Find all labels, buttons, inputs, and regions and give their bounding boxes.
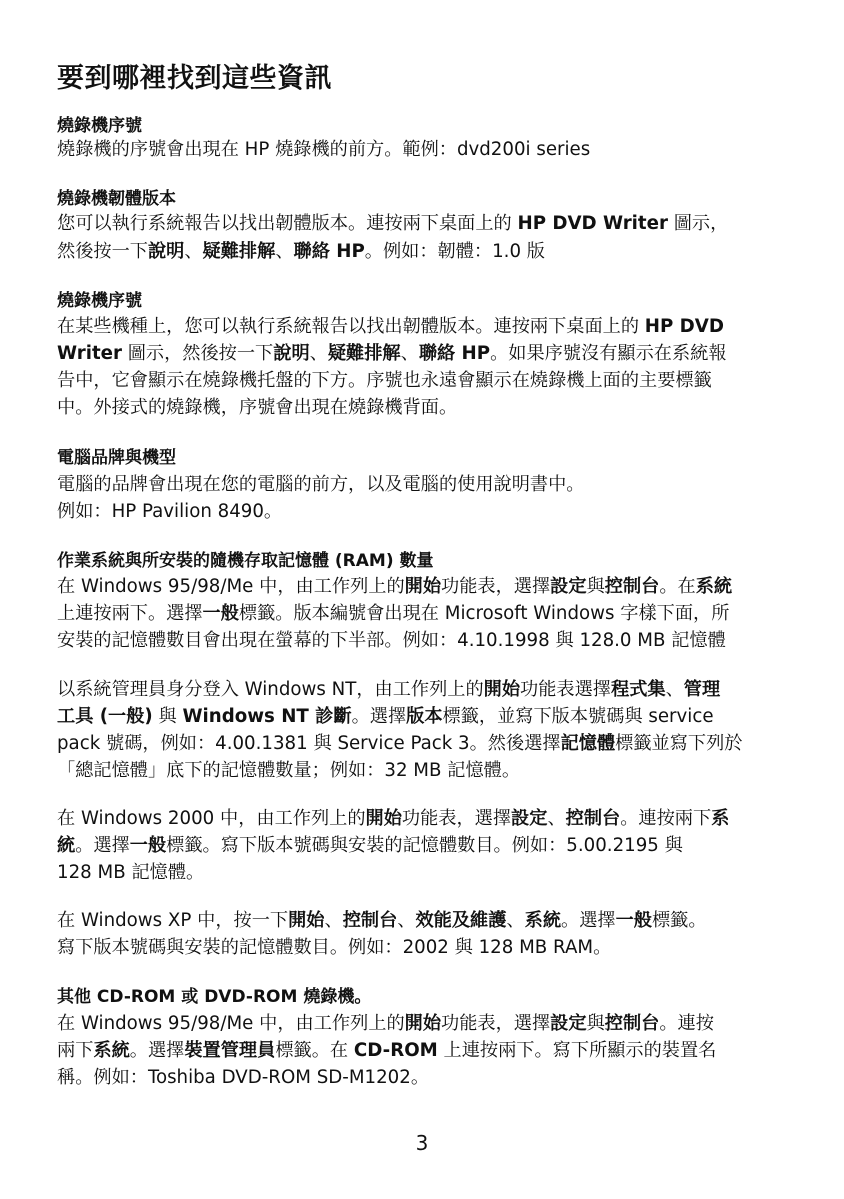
bold-text-run: 疑難排解 <box>203 241 276 262</box>
text-run: 。選擇 <box>130 1040 185 1061</box>
bold-text-run: 控制台 <box>343 910 398 931</box>
text-run: 燒錄機序號 <box>57 291 142 311</box>
body-text-line: 在 Windows 2000 中，由工作列上的開始功能表，選擇設定、控制台。連按… <box>57 806 729 832</box>
text-run: 、 <box>547 808 565 829</box>
text-run: 例如：HP Pavilion 8490。 <box>57 501 282 522</box>
bold-text-run: 記憶體 <box>561 733 616 754</box>
bold-text-run: 效能及維護 <box>415 910 506 931</box>
bold-text-run: 系統 <box>696 576 732 597</box>
body-text-line: 在 Windows XP 中，按一下開始、控制台、效能及維護、系統。選擇一般標籤… <box>57 908 707 934</box>
text-run: 功能表，選擇 <box>441 1013 550 1034</box>
text-run: 在 Windows XP 中，按一下 <box>57 910 288 931</box>
bold-text-run: 系統 <box>525 910 561 931</box>
text-run: 以系統管理員身分登入 Windows NT，由工作列上的 <box>57 679 484 700</box>
bold-text-run: 版本 <box>406 706 442 727</box>
bold-text-run: 開始 <box>288 910 324 931</box>
section-heading: 電腦品牌與機型 <box>57 445 176 471</box>
text-run: 您可以執行系統報告以找出韌體版本。連按兩下桌面上的 <box>57 213 517 234</box>
bold-text-run: 開始 <box>405 1013 441 1034</box>
body-text-line: 燒錄機的序號會出現在 HP 燒錄機的前方。範例：dvd200i series <box>57 137 590 163</box>
text-run: pack 號碼，例如：4.00.1381 與 Service Pack 3。然後… <box>57 733 561 754</box>
text-run: 告中，它會顯示在燒錄機托盤的下方。序號也永遠會顯示在燒錄機上面的主要標籤 <box>57 370 712 391</box>
body-text-line: 然後按一下說明、疑難排解、聯絡 HP。例如：韌體：1.0 版 <box>57 239 545 265</box>
bold-text-run: 開始 <box>366 808 402 829</box>
text-run: 。在 <box>659 576 695 597</box>
bold-text-run: 系 <box>711 808 729 829</box>
text-run: 。連按兩下 <box>620 808 711 829</box>
bold-text-run: 開始 <box>405 576 441 597</box>
text-run: 。選擇 <box>352 706 407 727</box>
text-run: 。例如：韌體：1.0 版 <box>365 241 545 262</box>
bold-text-run: 疑難排解 <box>328 343 401 364</box>
bold-text-run: 一般 <box>616 910 652 931</box>
text-run: 、 <box>506 910 524 931</box>
text-run: 標籤。在 <box>275 1040 354 1061</box>
page-title: 要到哪裡找到這些資訊 <box>57 56 332 95</box>
text-run: 兩下 <box>57 1040 93 1061</box>
body-text-line: 告中，它會顯示在燒錄機托盤的下方。序號也永遠會顯示在燒錄機上面的主要標籤 <box>57 368 712 394</box>
text-run: 然後按一下 <box>57 241 148 262</box>
text-run: 作業系統與所安裝的隨機存取記憶體 (RAM) 數量 <box>57 551 434 571</box>
text-run: 。選擇 <box>561 910 616 931</box>
text-run: 、 <box>184 241 202 262</box>
text-run: 在 Windows 95/98/Me 中，由工作列上的 <box>57 576 405 597</box>
body-text-line: 工具 (一般) 與 Windows NT 診斷。選擇版本標籤，並寫下版本號碼與 … <box>57 704 714 730</box>
bold-text-run: 說明 <box>273 343 309 364</box>
body-text-line: 例如：HP Pavilion 8490。 <box>57 499 282 525</box>
body-text-line: 上連按兩下。選擇一般標籤。版本編號會出現在 Microsoft Windows … <box>57 601 729 627</box>
text-run: 標籤。寫下版本號碼與安裝的記憶體數目。例如：5.00.2195 與 <box>166 835 683 856</box>
text-run: 上連按兩下。寫下所顯示的裝置名 <box>438 1040 717 1061</box>
text-run: 。如果序號沒有顯示在系統報 <box>490 343 726 364</box>
section-heading: 作業系統與所安裝的隨機存取記憶體 (RAM) 數量 <box>57 548 434 574</box>
page-number: 3 <box>0 1131 844 1155</box>
text-run: 在 Windows 95/98/Me 中，由工作列上的 <box>57 1013 405 1034</box>
bold-text-run: 控制台 <box>566 808 621 829</box>
text-run: 標籤。版本編號會出現在 Microsoft Windows 字樣下面，所 <box>239 603 730 624</box>
text-run: 圖示， <box>668 213 728 234</box>
body-text-line: 中。外接式的燒錄機，序號會出現在燒錄機背面。 <box>57 395 457 421</box>
text-run: 與 <box>153 706 183 727</box>
bold-text-run: 聯絡 HP <box>419 343 490 364</box>
text-run: 電腦品牌與機型 <box>57 448 176 468</box>
text-run: 、 <box>324 910 342 931</box>
body-text-line: pack 號碼，例如：4.00.1381 與 Service Pack 3。然後… <box>57 731 742 757</box>
text-run: 、 <box>401 343 419 364</box>
text-run: 燒錄機。 <box>297 987 371 1007</box>
body-text-line: 寫下版本號碼與安裝的記憶體數目。例如：2002 與 128 MB RAM。 <box>57 935 611 961</box>
bold-text-run: 統 <box>57 835 75 856</box>
text-run: 與 <box>587 576 605 597</box>
bold-text-run: 控制台 <box>605 576 660 597</box>
text-run: 燒錄機序號 <box>57 116 142 136</box>
bold-text-run: Writer <box>57 343 122 364</box>
text-run: 。選擇 <box>75 835 130 856</box>
text-run: 或 <box>175 987 204 1007</box>
text-run: 安裝的記憶體數目會出現在螢幕的下半部。例如：4.10.1998 與 128.0 … <box>57 630 726 651</box>
text-run: 128 MB 記憶體。 <box>57 862 204 883</box>
body-text-line: Writer 圖示，然後按一下說明、疑難排解、聯絡 HP。如果序號沒有顯示在系統… <box>57 341 727 367</box>
text-run: 功能表選擇 <box>520 679 611 700</box>
body-text-line: 安裝的記憶體數目會出現在螢幕的下半部。例如：4.10.1998 與 128.0 … <box>57 628 726 654</box>
text-run: 、 <box>310 343 328 364</box>
bold-text-run: 設定 <box>550 1013 586 1034</box>
bold-text-run: 診斷 <box>309 706 352 727</box>
body-text-line: 您可以執行系統報告以找出韌體版本。連按兩下桌面上的 HP DVD Writer … <box>57 211 728 237</box>
bold-text-run: 程式集 <box>611 679 666 700</box>
section-heading: 燒錄機序號 <box>57 113 142 139</box>
body-text-line: 在 Windows 95/98/Me 中，由工作列上的開始功能表，選擇設定與控制… <box>57 574 732 600</box>
section-heading: 燒錄機序號 <box>57 288 142 314</box>
body-text-line: 稱。例如：Toshiba DVD-ROM SD-M1202。 <box>57 1065 429 1091</box>
text-run: 「總記憶體」底下的記憶體數量；例如：32 MB 記憶體。 <box>57 760 520 781</box>
body-text-line: 兩下系統。選擇裝置管理員標籤。在 CD-ROM 上連按兩下。寫下所顯示的裝置名 <box>57 1038 716 1064</box>
bold-text-run: HP DVD <box>645 316 724 337</box>
text-run: 上連按兩下。選擇 <box>57 603 203 624</box>
bold-text-run: 控制台 <box>605 1013 660 1034</box>
bold-text-run: 設定 <box>511 808 547 829</box>
body-text-line: 在 Windows 95/98/Me 中，由工作列上的開始功能表，選擇設定與控制… <box>57 1011 714 1037</box>
bold-text-run: CD-ROM <box>97 987 175 1007</box>
bold-text-run: CD-ROM <box>354 1040 438 1061</box>
text-run: 寫下版本號碼與安裝的記憶體數目。例如：2002 與 128 MB RAM。 <box>57 937 611 958</box>
document-page: 要到哪裡找到這些資訊 燒錄機序號燒錄機的序號會出現在 HP 燒錄機的前方。範例：… <box>0 0 844 1199</box>
text-run: 、 <box>666 679 684 700</box>
text-run: 燒錄機的序號會出現在 HP 燒錄機的前方。範例：dvd200i series <box>57 139 590 160</box>
bold-text-run: 一般 <box>203 603 239 624</box>
body-text-line: 128 MB 記憶體。 <box>57 860 204 886</box>
text-run: 功能表，選擇 <box>402 808 511 829</box>
bold-text-run: HP DVD Writer <box>517 213 667 234</box>
text-run: 圖示，然後按一下 <box>122 343 273 364</box>
text-run: 與 <box>587 1013 605 1034</box>
bold-text-run: 裝置管理員 <box>184 1040 275 1061</box>
bold-text-run: 管理 <box>684 679 720 700</box>
text-run: 其他 <box>57 987 97 1007</box>
bold-text-run: Windows NT <box>182 706 308 727</box>
section-heading: 燒錄機韌體版本 <box>57 186 176 212</box>
text-run: 。連按 <box>659 1013 714 1034</box>
bold-text-run: 聯絡 HP <box>294 241 365 262</box>
body-text-line: 「總記憶體」底下的記憶體數量；例如：32 MB 記憶體。 <box>57 758 520 784</box>
text-run: 電腦的品牌會出現在您的電腦的前方，以及電腦的使用說明書中。 <box>57 474 584 495</box>
bold-text-run: 設定 <box>550 576 586 597</box>
bold-text-run: 說明 <box>148 241 184 262</box>
bold-text-run: 一般 <box>130 835 166 856</box>
text-run: 功能表，選擇 <box>441 576 550 597</box>
bold-text-run: 系統 <box>93 1040 129 1061</box>
body-text-line: 以系統管理員身分登入 Windows NT，由工作列上的開始功能表選擇程式集、管… <box>57 677 720 703</box>
text-run: 、 <box>397 910 415 931</box>
text-run: 、 <box>275 241 293 262</box>
body-text-line: 統。選擇一般標籤。寫下版本號碼與安裝的記憶體數目。例如：5.00.2195 與 <box>57 833 683 859</box>
body-text-line: 在某些機種上，您可以執行系統報告以找出韌體版本。連按兩下桌面上的 HP DVD <box>57 314 724 340</box>
bold-text-run: 工具 (一般) <box>57 706 153 727</box>
section-heading: 其他 CD-ROM 或 DVD-ROM 燒錄機。 <box>57 984 371 1010</box>
text-run: 燒錄機韌體版本 <box>57 189 176 209</box>
bold-text-run: DVD-ROM <box>204 987 297 1007</box>
text-run: 標籤，並寫下版本號碼與 service <box>443 706 714 727</box>
body-text-line: 電腦的品牌會出現在您的電腦的前方，以及電腦的使用說明書中。 <box>57 472 584 498</box>
text-run: 在 Windows 2000 中，由工作列上的 <box>57 808 366 829</box>
text-run: 標籤。 <box>652 910 707 931</box>
bold-text-run: 開始 <box>484 679 520 700</box>
text-run: 在某些機種上，您可以執行系統報告以找出韌體版本。連按兩下桌面上的 <box>57 316 645 337</box>
text-run: 中。外接式的燒錄機，序號會出現在燒錄機背面。 <box>57 397 457 418</box>
text-run: 標籤並寫下列於 <box>615 733 742 754</box>
text-run: 稱。例如：Toshiba DVD-ROM SD-M1202。 <box>57 1067 429 1088</box>
